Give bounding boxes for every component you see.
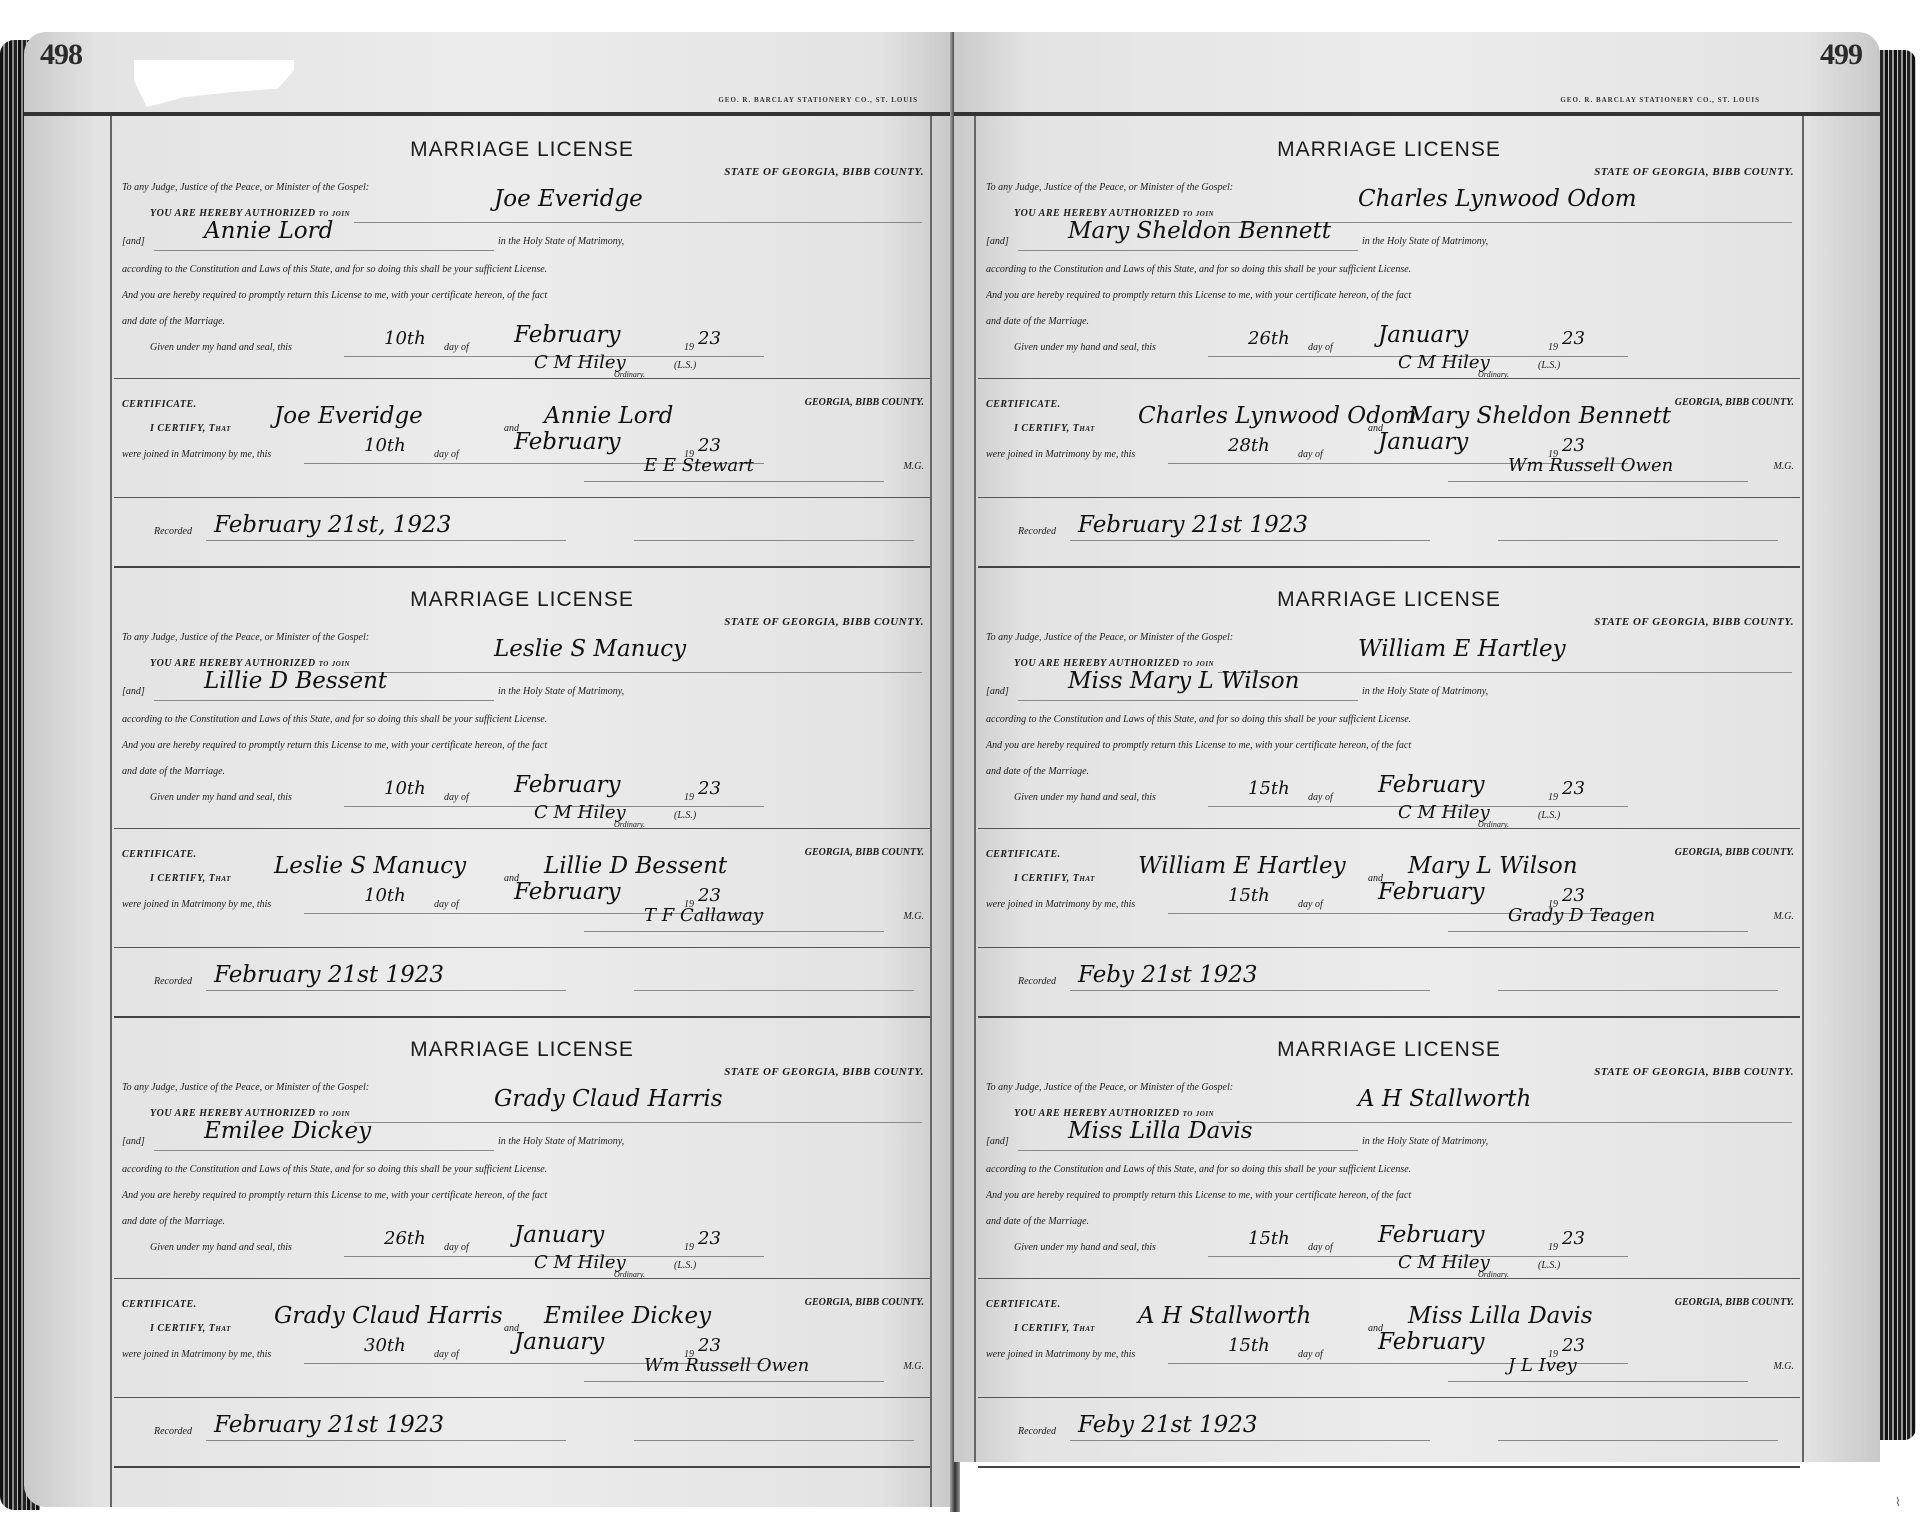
officiant-signature: Grady D Teagen <box>1508 905 1655 926</box>
year-prefix: 19 <box>1548 792 1558 803</box>
marriage-day: 15th <box>1228 885 1270 906</box>
mg-label: M.G. <box>903 911 924 922</box>
officiant-line <box>584 481 884 482</box>
margin-rule <box>110 116 112 1507</box>
cert-bride: Lillie D Bessent <box>544 853 727 879</box>
day-of-label: day of <box>434 1349 459 1360</box>
marriage-year: 23 <box>1562 1335 1585 1356</box>
state-county: STATE OF GEORGIA, BIBB COUNTY. <box>1594 1066 1794 1078</box>
recorded-label: Recorded <box>154 526 192 537</box>
license-month: February <box>1378 1222 1485 1248</box>
marriage-year: 23 <box>698 435 721 456</box>
state-county: STATE OF GEORGIA, BIBB COUNTY. <box>724 616 924 628</box>
license-block: MARRIAGE LICENSE STATE OF GEORGIA, BIBB … <box>114 1016 930 1279</box>
officiant-signature: J L Ivey <box>1508 1355 1577 1376</box>
license-block: MARRIAGE LICENSE STATE OF GEORGIA, BIBB … <box>978 566 1800 829</box>
cert-county: GEORGIA, BIBB COUNTY. <box>1675 397 1794 408</box>
certificate-block: CERTIFICATE. GEORGIA, BIBB COUNTY. I CER… <box>114 379 930 498</box>
holy-state-label: in the Holy State of Matrimony, <box>498 1136 624 1147</box>
officiant-line <box>584 1381 884 1382</box>
certificate-label: CERTIFICATE. <box>122 849 197 860</box>
cert-county: GEORGIA, BIBB COUNTY. <box>805 1297 924 1308</box>
recorded-date: February 21st, 1923 <box>214 512 451 538</box>
certificate-label: CERTIFICATE. <box>122 399 197 410</box>
mg-label: M.G. <box>1773 1361 1794 1372</box>
license-month: February <box>514 772 621 798</box>
bride-line <box>154 1150 494 1151</box>
recorded-line-2 <box>634 1440 914 1441</box>
and-label: [and] <box>986 686 1009 697</box>
given-label: Given under my hand and seal, this <box>1014 1242 1156 1253</box>
certify-label: I CERTIFY, That <box>150 873 231 884</box>
license-title: MARRIAGE LICENSE <box>114 588 930 612</box>
certificate-block: CERTIFICATE. GEORGIA, BIBB COUNTY. I CER… <box>978 379 1800 498</box>
ledger-book: 498 GEO. R. BARCLAY STATIONERY CO., ST. … <box>0 0 1932 1531</box>
and-label: [and] <box>122 236 145 247</box>
certificate-label: CERTIFICATE. <box>122 1299 197 1310</box>
recorded-block: Recorded February 21st 1923 <box>114 948 930 1018</box>
state-county: STATE OF GEORGIA, BIBB COUNTY. <box>1594 616 1794 628</box>
license-year: 23 <box>698 1228 721 1249</box>
groom-line <box>354 1122 922 1123</box>
cert-county: GEORGIA, BIBB COUNTY. <box>805 847 924 858</box>
certify-label: I CERTIFY, That <box>1014 1323 1095 1334</box>
holy-state-label: in the Holy State of Matrimony, <box>1362 236 1488 247</box>
license-block: MARRIAGE LICENSE STATE OF GEORGIA, BIBB … <box>114 566 930 829</box>
license-year: 23 <box>1562 778 1585 799</box>
license-month: February <box>1378 772 1485 798</box>
day-of-label: day of <box>1308 342 1333 353</box>
and-label: [and] <box>122 1136 145 1147</box>
page-left: 498 GEO. R. BARCLAY STATIONERY CO., ST. … <box>24 32 954 1507</box>
officiant-line <box>1448 1381 1748 1382</box>
day-of-label: day of <box>434 449 459 460</box>
bride-line <box>1018 250 1358 251</box>
marriage-month: January <box>1378 429 1468 455</box>
paperclip-icon: ⌇ <box>1895 1495 1901 1510</box>
certificate-label: CERTIFICATE. <box>986 849 1061 860</box>
certificate-label: CERTIFICATE. <box>986 1299 1061 1310</box>
form-text: and date of the Marriage. <box>122 766 225 777</box>
groom-name: Joe Everidge <box>494 186 643 212</box>
ordinary-signature: C M Hiley <box>1398 1252 1490 1273</box>
recorded-line-2 <box>634 540 914 541</box>
cert-bride: Mary L Wilson <box>1408 853 1578 879</box>
marriage-day: 28th <box>1228 435 1270 456</box>
salutation: To any Judge, Justice of the Peace, or M… <box>122 632 369 643</box>
officiant-signature: Wm Russell Owen <box>644 1355 809 1376</box>
ordinary-label: Ordinary. <box>1478 820 1509 829</box>
cert-bride: Mary Sheldon Bennett <box>1408 403 1671 429</box>
recorded-line-2 <box>1498 540 1778 541</box>
day-of-label: day of <box>1298 1349 1323 1360</box>
certificate-block: CERTIFICATE. GEORGIA, BIBB COUNTY. I CER… <box>114 1279 930 1398</box>
cert-groom: A H Stallworth <box>1138 1303 1311 1329</box>
given-label: Given under my hand and seal, this <box>150 1242 292 1253</box>
given-label: Given under my hand and seal, this <box>150 792 292 803</box>
recorded-line <box>206 1440 566 1441</box>
bride-name: Lillie D Bessent <box>204 668 387 694</box>
cert-bride: Miss Lilla Davis <box>1408 1303 1593 1329</box>
salutation: To any Judge, Justice of the Peace, or M… <box>986 1082 1233 1093</box>
license-year: 23 <box>1562 1228 1585 1249</box>
certify-label: I CERTIFY, That <box>1014 423 1095 434</box>
mg-label: M.G. <box>903 461 924 472</box>
bride-line <box>1018 700 1358 701</box>
salutation: To any Judge, Justice of the Peace, or M… <box>122 182 369 193</box>
margin-rule-right <box>930 116 932 1507</box>
and-label: [and] <box>122 686 145 697</box>
cert-bride: Annie Lord <box>544 403 673 429</box>
certify-label: I CERTIFY, That <box>150 1323 231 1334</box>
license-day: 15th <box>1248 1228 1290 1249</box>
form-text: according to the Constitution and Laws o… <box>122 714 547 725</box>
ls-label: (L.S.) <box>674 810 696 821</box>
entries-right: MARRIAGE LICENSE STATE OF GEORGIA, BIBB … <box>978 116 1800 1466</box>
given-label: Given under my hand and seal, this <box>1014 792 1156 803</box>
publisher-imprint: GEO. R. BARCLAY STATIONERY CO., ST. LOUI… <box>718 96 918 104</box>
recorded-date: February 21st 1923 <box>1078 512 1308 538</box>
form-text: according to the Constitution and Laws o… <box>122 264 547 275</box>
ordinary-label: Ordinary. <box>614 370 645 379</box>
officiant-signature: T F Callaway <box>644 905 763 926</box>
recorded-line <box>1070 990 1430 991</box>
recorded-label: Recorded <box>154 1426 192 1437</box>
officiant-signature: Wm Russell Owen <box>1508 455 1673 476</box>
margin-rule <box>974 116 976 1462</box>
license-day: 15th <box>1248 778 1290 799</box>
groom-name: Charles Lynwood Odom <box>1358 186 1637 212</box>
recorded-date: February 21st 1923 <box>214 962 444 988</box>
cert-groom: Grady Claud Harris <box>274 1303 503 1329</box>
ordinary-signature: C M Hiley <box>534 352 626 373</box>
cert-groom: Joe Everidge <box>274 403 423 429</box>
ls-label: (L.S.) <box>1538 810 1560 821</box>
day-of-label: day of <box>1298 899 1323 910</box>
ordinary-label: Ordinary. <box>1478 1270 1509 1279</box>
groom-line <box>1218 672 1792 673</box>
joined-label: were joined in Matrimony by me, this <box>986 1349 1135 1360</box>
joined-label: were joined in Matrimony by me, this <box>986 899 1135 910</box>
form-text: And you are hereby required to promptly … <box>122 740 547 751</box>
entries-left: MARRIAGE LICENSE STATE OF GEORGIA, BIBB … <box>114 116 930 1466</box>
torn-corner <box>134 60 294 112</box>
day-of-label: day of <box>1308 792 1333 803</box>
day-of-label: day of <box>444 1242 469 1253</box>
license-block: MARRIAGE LICENSE STATE OF GEORGIA, BIBB … <box>114 116 930 379</box>
year-prefix: 19 <box>684 1242 694 1253</box>
and-label: [and] <box>986 236 1009 247</box>
marriage-year: 23 <box>1562 885 1585 906</box>
bride-line <box>154 250 494 251</box>
marriage-entry: MARRIAGE LICENSE STATE OF GEORGIA, BIBB … <box>114 116 930 566</box>
holy-state-label: in the Holy State of Matrimony, <box>498 686 624 697</box>
marriage-month: February <box>514 429 621 455</box>
license-month: February <box>514 322 621 348</box>
recorded-line <box>206 540 566 541</box>
groom-name: A H Stallworth <box>1358 1086 1531 1112</box>
form-text: And you are hereby required to promptly … <box>986 740 1411 751</box>
joined-label: were joined in Matrimony by me, this <box>122 899 271 910</box>
license-title: MARRIAGE LICENSE <box>114 1038 930 1062</box>
marriage-entry: MARRIAGE LICENSE STATE OF GEORGIA, BIBB … <box>978 566 1800 1016</box>
recorded-block: Recorded February 21st 1923 <box>114 1398 930 1468</box>
form-text: according to the Constitution and Laws o… <box>986 1164 1411 1175</box>
license-day: 26th <box>1248 328 1290 349</box>
license-title: MARRIAGE LICENSE <box>978 1038 1800 1062</box>
recorded-line-2 <box>1498 990 1778 991</box>
license-day: 26th <box>384 1228 426 1249</box>
holy-state-label: in the Holy State of Matrimony, <box>1362 686 1488 697</box>
form-text: according to the Constitution and Laws o… <box>122 1164 547 1175</box>
license-title: MARRIAGE LICENSE <box>978 138 1800 162</box>
officiant-signature: E E Stewart <box>644 455 754 476</box>
cert-groom: Leslie S Manucy <box>274 853 466 879</box>
recorded-line <box>1070 1440 1430 1441</box>
form-text: And you are hereby required to promptly … <box>122 1190 547 1201</box>
marriage-entry: MARRIAGE LICENSE STATE OF GEORGIA, BIBB … <box>114 566 930 1016</box>
recorded-label: Recorded <box>1018 1426 1056 1437</box>
certificate-block: CERTIFICATE. GEORGIA, BIBB COUNTY. I CER… <box>978 1279 1800 1398</box>
form-text: according to the Constitution and Laws o… <box>986 264 1411 275</box>
license-year: 23 <box>698 778 721 799</box>
ordinary-signature: C M Hiley <box>534 802 626 823</box>
groom-name: William E Hartley <box>1358 636 1566 662</box>
license-year: 23 <box>698 328 721 349</box>
ordinary-signature: C M Hiley <box>1398 802 1490 823</box>
state-county: STATE OF GEORGIA, BIBB COUNTY. <box>1594 166 1794 178</box>
cert-county: GEORGIA, BIBB COUNTY. <box>1675 1297 1794 1308</box>
certificate-block: CERTIFICATE. GEORGIA, BIBB COUNTY. I CER… <box>114 829 930 948</box>
holy-state-label: in the Holy State of Matrimony, <box>498 236 624 247</box>
bride-name: Mary Sheldon Bennett <box>1068 218 1331 244</box>
recorded-line <box>206 990 566 991</box>
form-text: and date of the Marriage. <box>986 316 1089 327</box>
recorded-block: Recorded February 21st, 1923 <box>114 498 930 568</box>
marriage-year: 23 <box>698 1335 721 1356</box>
license-day: 10th <box>384 778 426 799</box>
marriage-month: February <box>1378 1329 1485 1355</box>
recorded-block: Recorded Feby 21st 1923 <box>978 948 1800 1018</box>
given-label: Given under my hand and seal, this <box>150 342 292 353</box>
day-of-label: day of <box>434 899 459 910</box>
bride-name: Miss Mary L Wilson <box>1068 668 1299 694</box>
ls-label: (L.S.) <box>1538 1260 1560 1271</box>
license-year: 23 <box>1562 328 1585 349</box>
ls-label: (L.S.) <box>1538 360 1560 371</box>
form-text: And you are hereby required to promptly … <box>986 290 1411 301</box>
ordinary-label: Ordinary. <box>1478 370 1509 379</box>
year-prefix: 19 <box>684 792 694 803</box>
ordinary-signature: C M Hiley <box>1398 352 1490 373</box>
recorded-date: Feby 21st 1923 <box>1078 962 1258 988</box>
officiant-line <box>584 931 884 932</box>
cert-county: GEORGIA, BIBB COUNTY. <box>805 397 924 408</box>
license-title: MARRIAGE LICENSE <box>114 138 930 162</box>
license-block: MARRIAGE LICENSE STATE OF GEORGIA, BIBB … <box>978 116 1800 379</box>
joined-label: were joined in Matrimony by me, this <box>122 449 271 460</box>
groom-name: Leslie S Manucy <box>494 636 686 662</box>
form-text: according to the Constitution and Laws o… <box>986 714 1411 725</box>
groom-line <box>1218 1122 1792 1123</box>
marriage-day: 10th <box>364 435 406 456</box>
ordinary-signature: C M Hiley <box>534 1252 626 1273</box>
recorded-line <box>1070 540 1430 541</box>
margin-rule-right <box>1802 116 1804 1462</box>
license-block: MARRIAGE LICENSE STATE OF GEORGIA, BIBB … <box>978 1016 1800 1279</box>
form-text: and date of the Marriage. <box>122 316 225 327</box>
holy-state-label: in the Holy State of Matrimony, <box>1362 1136 1488 1147</box>
marriage-month: January <box>514 1329 604 1355</box>
recorded-label: Recorded <box>1018 526 1056 537</box>
marriage-day: 30th <box>364 1335 406 1356</box>
form-text: and date of the Marriage. <box>122 1216 225 1227</box>
year-prefix: 19 <box>684 342 694 353</box>
marriage-month: February <box>1378 879 1485 905</box>
publisher-imprint: GEO. R. BARCLAY STATIONERY CO., ST. LOUI… <box>1560 96 1760 104</box>
year-prefix: 19 <box>1548 1242 1558 1253</box>
and-label: [and] <box>986 1136 1009 1147</box>
license-day: 10th <box>384 328 426 349</box>
salutation: To any Judge, Justice of the Peace, or M… <box>986 632 1233 643</box>
marriage-month: February <box>514 879 621 905</box>
state-county: STATE OF GEORGIA, BIBB COUNTY. <box>724 1066 924 1078</box>
groom-line <box>354 222 922 223</box>
given-label: Given under my hand and seal, this <box>1014 342 1156 353</box>
day-of-label: day of <box>1298 449 1323 460</box>
form-text: and date of the Marriage. <box>986 766 1089 777</box>
recorded-label: Recorded <box>154 976 192 987</box>
mg-label: M.G. <box>1773 911 1794 922</box>
bride-line <box>1018 1150 1358 1151</box>
state-county: STATE OF GEORGIA, BIBB COUNTY. <box>724 166 924 178</box>
salutation: To any Judge, Justice of the Peace, or M… <box>122 1082 369 1093</box>
license-month: January <box>1378 322 1468 348</box>
recorded-date: February 21st 1923 <box>214 1412 444 1438</box>
day-of-label: day of <box>444 342 469 353</box>
form-text: And you are hereby required to promptly … <box>122 290 547 301</box>
day-of-label: day of <box>444 792 469 803</box>
groom-name: Grady Claud Harris <box>494 1086 723 1112</box>
recorded-block: Recorded Feby 21st 1923 <box>978 1398 1800 1468</box>
marriage-day: 10th <box>364 885 406 906</box>
license-month: January <box>514 1222 604 1248</box>
mg-label: M.G. <box>903 1361 924 1372</box>
certificate-block: CERTIFICATE. GEORGIA, BIBB COUNTY. I CER… <box>978 829 1800 948</box>
day-of-label: day of <box>1308 1242 1333 1253</box>
page-right: 499 GEO. R. BARCLAY STATIONERY CO., ST. … <box>954 32 1880 1462</box>
certify-label: I CERTIFY, That <box>1014 873 1095 884</box>
joined-label: were joined in Matrimony by me, this <box>986 449 1135 460</box>
recorded-date: Feby 21st 1923 <box>1078 1412 1258 1438</box>
ls-label: (L.S.) <box>674 360 696 371</box>
bride-name: Miss Lilla Davis <box>1068 1118 1253 1144</box>
officiant-line <box>1448 931 1748 932</box>
officiant-line <box>1448 481 1748 482</box>
form-text: And you are hereby required to promptly … <box>986 1190 1411 1201</box>
marriage-entry: MARRIAGE LICENSE STATE OF GEORGIA, BIBB … <box>978 116 1800 566</box>
page-number: 499 <box>1820 38 1862 72</box>
cert-county: GEORGIA, BIBB COUNTY. <box>1675 847 1794 858</box>
bride-line <box>154 700 494 701</box>
marriage-entry: MARRIAGE LICENSE STATE OF GEORGIA, BIBB … <box>978 1016 1800 1466</box>
certify-label: I CERTIFY, That <box>150 423 231 434</box>
certificate-label: CERTIFICATE. <box>986 399 1061 410</box>
recorded-block: Recorded February 21st 1923 <box>978 498 1800 568</box>
cert-groom: William E Hartley <box>1138 853 1346 879</box>
ordinary-label: Ordinary. <box>614 820 645 829</box>
marriage-day: 15th <box>1228 1335 1270 1356</box>
marriage-year: 23 <box>1562 435 1585 456</box>
book-edge-right <box>1880 50 1916 1440</box>
license-title: MARRIAGE LICENSE <box>978 588 1800 612</box>
joined-label: were joined in Matrimony by me, this <box>122 1349 271 1360</box>
recorded-line-2 <box>634 990 914 991</box>
recorded-label: Recorded <box>1018 976 1056 987</box>
ordinary-label: Ordinary. <box>614 1270 645 1279</box>
bride-name: Emilee Dickey <box>204 1118 371 1144</box>
year-prefix: 19 <box>1548 342 1558 353</box>
salutation: To any Judge, Justice of the Peace, or M… <box>986 182 1233 193</box>
marriage-entry: MARRIAGE LICENSE STATE OF GEORGIA, BIBB … <box>114 1016 930 1466</box>
bride-name: Annie Lord <box>204 218 333 244</box>
ls-label: (L.S.) <box>674 1260 696 1271</box>
cert-bride: Emilee Dickey <box>544 1303 711 1329</box>
form-text: and date of the Marriage. <box>986 1216 1089 1227</box>
marriage-year: 23 <box>698 885 721 906</box>
groom-line <box>354 672 922 673</box>
recorded-line-2 <box>1498 1440 1778 1441</box>
page-number: 498 <box>40 38 82 72</box>
mg-label: M.G. <box>1773 461 1794 472</box>
